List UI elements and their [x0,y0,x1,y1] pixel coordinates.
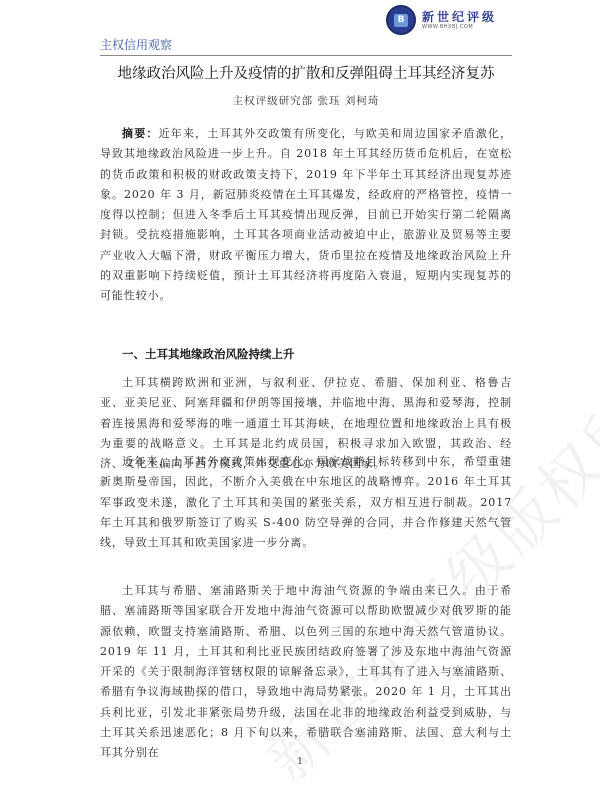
logo-url: WWW.BHXBJ.COM [422,24,497,31]
paragraph: 近年来，土耳其外交政策出现变化，国家战略目标转移到中东，希望重建新奥斯曼帝国，因… [100,452,512,553]
document-authors: 主权评级研究部 张珏 刘柯琦 [100,93,512,108]
logo-text: 新世纪评级 WWW.BHXBJ.COM [422,10,497,31]
logo-emblem-icon: B [386,5,416,35]
section-label: 主权信用观察 [100,36,172,53]
section-heading: 一、土耳其地缘政治风险持续上升 [122,346,295,362]
abstract-text: 近年来，土耳其外交政策有所变化，与欧美和周边国家矛盾激化，导致其地缘政治风险进一… [100,127,512,302]
brand-logo: B 新世纪评级 WWW.BHXBJ.COM [386,5,497,35]
document-page: 新世纪评级版权所有 B 新世纪评级 WWW.BHXBJ.COM 主权信用观察 地… [0,0,600,800]
header-divider [100,55,512,56]
logo-emblem-letter: B [394,14,408,27]
abstract-label: 摘要： [122,127,159,140]
logo-name: 新世纪评级 [422,10,497,24]
paragraph: 土耳其与希腊、塞浦路斯关于地中海油气资源的争端由来已久。由于希腊、塞浦路斯等国家… [100,581,512,764]
document-title: 地缘政治风险上升及疫情的扩散和反弹阻碍土耳其经济复苏 [100,62,512,83]
abstract: 摘要：近年来，土耳其外交政策有所变化，与欧美和周边国家矛盾激化，导致其地缘政治风… [100,124,512,307]
page-number: 1 [0,757,600,767]
